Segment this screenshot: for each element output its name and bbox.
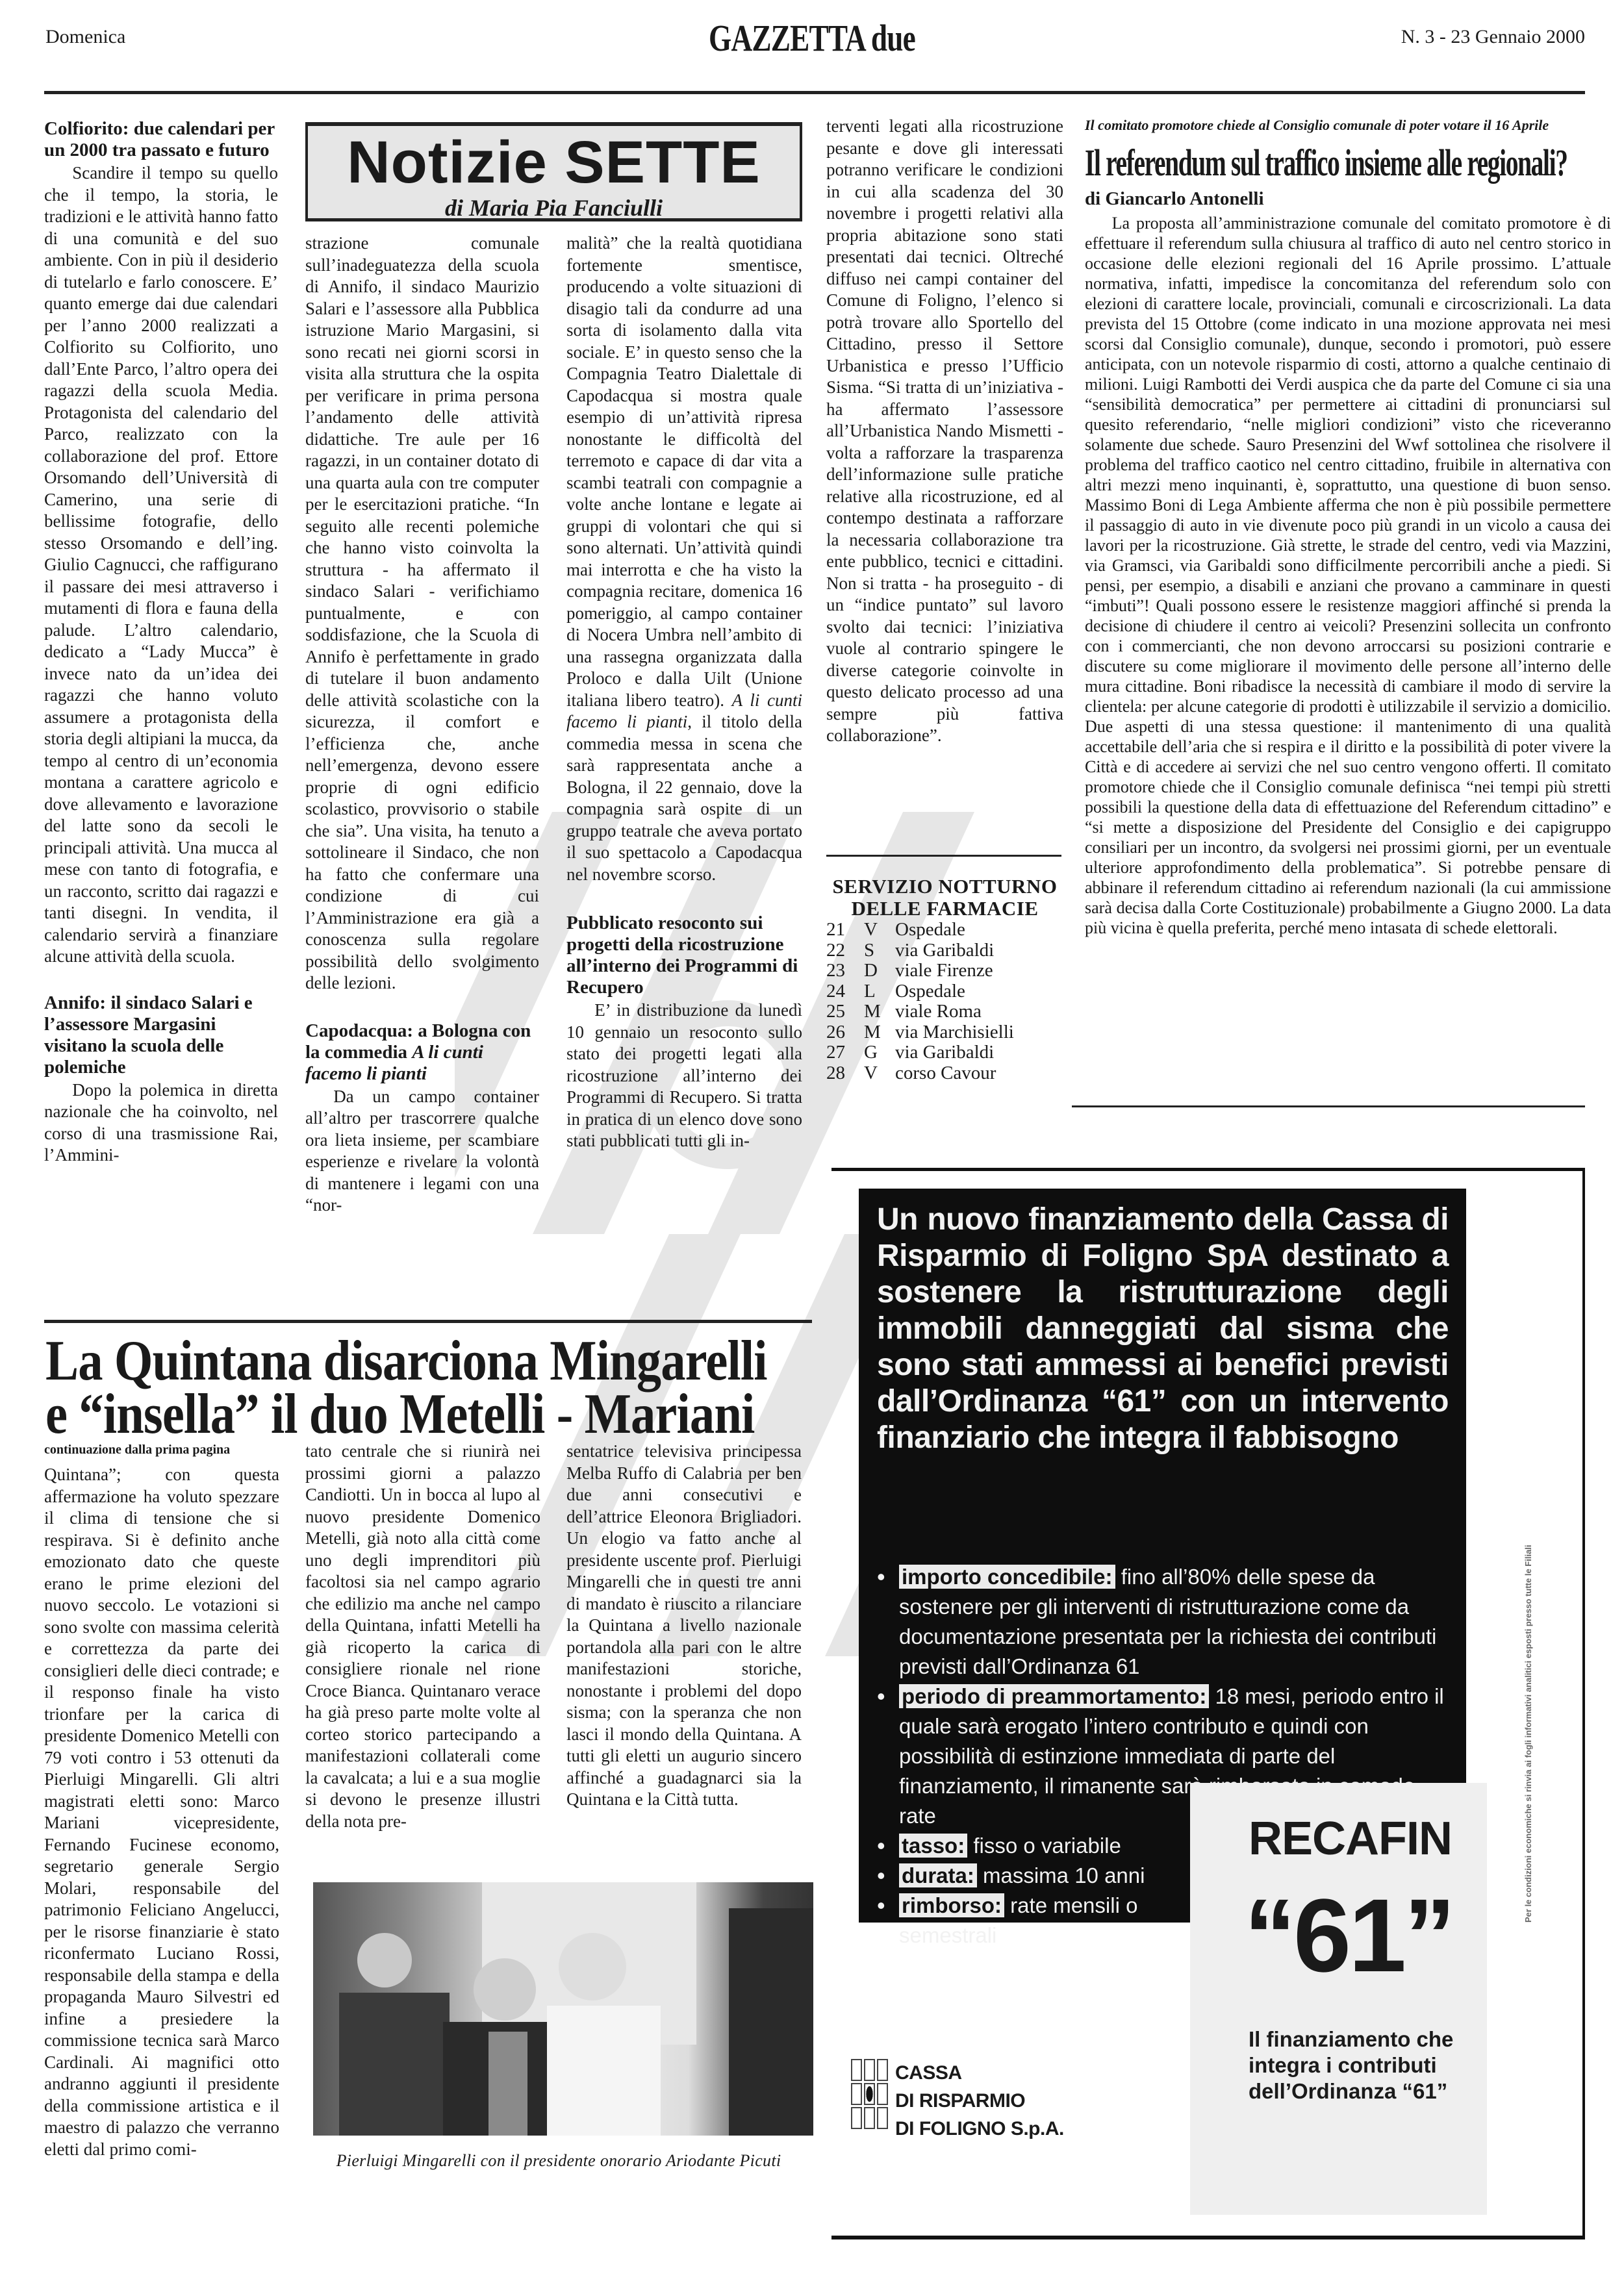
pharmacies-rule — [826, 855, 1061, 857]
referendum-body: La proposta all’amministrazione comunale… — [1085, 213, 1611, 938]
pharmacies-section: SERVIZIO NOTTURNO DELLE FARMACIE 21VOspe… — [826, 876, 1063, 1083]
column-3: malità” che la realtà quotidiana forteme… — [566, 233, 802, 1152]
referendum-kicker: Il comitato promotore chiede al Consigli… — [1085, 117, 1611, 134]
ad-product-number: “61” — [1244, 1884, 1453, 1987]
continuation-label: continuazione dalla prima pagina — [44, 1441, 279, 1459]
resoconto-body-col4: terventi legati alla ricostruzione pesan… — [826, 116, 1063, 747]
pharmacy-row: 28Vcorso Cavour — [826, 1063, 1063, 1084]
ad-bullet-rimborso: rimborso: rate mensili o semestrali — [877, 1891, 1150, 1950]
referendum-bottom-rule — [1072, 1105, 1585, 1107]
notizie-sette-author: di Maria Pia Fanciulli — [308, 195, 800, 221]
pharmacy-row: 27Gvia Garibaldi — [826, 1042, 1063, 1063]
masthead-rule — [44, 91, 1585, 94]
quintana-column-3: sentatrice televisiva principessa Melba … — [566, 1441, 802, 1811]
bank-name: CASSA DI RISPARMIO DI FOLIGNO S.p.A. — [895, 2059, 1064, 2143]
ad-bullet-importo: importo concedibile: fino all’80% delle … — [877, 1562, 1449, 1682]
ad-headline: Un nuovo finanziamento della Cassa di Ri… — [877, 1202, 1449, 1456]
referendum-headline: Il referendum sul traffico insieme alle … — [1085, 142, 1443, 184]
column-2: strazione comunale sull’inadeguatezza de… — [305, 233, 539, 1217]
annifo-body-col1: Dopo la polemica in diretta nazionale ch… — [44, 1079, 278, 1167]
pharmacies-list: 21VOspedale 22Svia Garibaldi 23Dviale Fi… — [826, 920, 1063, 1083]
quintana-headline: La Quintana disarciona Mingarelli e “ins… — [45, 1335, 713, 1441]
colfiorito-headline: Colfiorito: due calendari per un 2000 tr… — [44, 118, 278, 161]
notizie-sette-box: Notizie SETTE di Maria Pia Fanciulli — [305, 122, 802, 221]
capodacqua-body-col3: malità” che la realtà quotidiana forteme… — [566, 233, 802, 885]
quintana-column-1: continuazione dalla prima pagina Quintan… — [44, 1441, 279, 2160]
bank-logo-icon — [851, 2059, 888, 2129]
pharmacy-row: 23Dviale Firenze — [826, 961, 1063, 981]
resoconto-body-col3: E’ in distribuzione da lunedì 10 gennaio… — [566, 1000, 802, 1152]
ad-tagline: Il finanziamento che integra i contribut… — [1249, 2026, 1482, 2104]
colfiorito-body: Scandire il tempo su quello che il tempo… — [44, 162, 278, 968]
pharmacy-row: 22Svia Garibaldi — [826, 940, 1063, 961]
pharmacy-row: 26Mvia Marchisielli — [826, 1022, 1063, 1043]
quintana-body-col3: sentatrice televisiva principessa Melba … — [566, 1441, 802, 1811]
masthead-title: GAZZETTA due — [179, 16, 1445, 60]
notizie-sette-title: Notizie SETTE — [308, 130, 800, 195]
photo-caption: Pierluigi Mingarelli con il presidente o… — [305, 2151, 812, 2171]
pharmacies-title-line2: DELLE FARMACIE — [826, 898, 1063, 920]
annifo-body-col2: strazione comunale sull’inadeguatezza de… — [305, 233, 539, 994]
resoconto-headline: Pubblicato resoconto sui progetti della … — [566, 913, 802, 998]
ad-disclaimer: Per le condizioni economiche si rinvia a… — [1523, 1280, 1543, 1923]
pharmacy-row: 21VOspedale — [826, 920, 1063, 940]
capodacqua-headline: Capodacqua: a Bologna con la commedia A … — [305, 1020, 539, 1085]
people-photo-icon — [313, 1882, 813, 2136]
quintana-column-2: tato centrale che si riunirà nei prossim… — [305, 1441, 540, 1832]
capodacqua-body-col2: Da un campo container all’altro per tras… — [305, 1086, 539, 1217]
section-rule — [44, 1320, 812, 1323]
column-1: Colfiorito: due calendari per un 2000 tr… — [44, 118, 278, 1167]
column-4: terventi legati alla ricostruzione pesan… — [826, 116, 1063, 747]
referendum-byline: di Giancarlo Antonelli — [1085, 188, 1264, 210]
quintana-body-col1: Quintana”; con questa affermazione ha vo… — [44, 1464, 279, 2160]
masthead-day: Domenica — [45, 26, 125, 48]
masthead-issue: N. 3 - 23 Gennaio 2000 — [1401, 26, 1585, 48]
annifo-headline: Annifo: il sindaco Salari e l’assessore … — [44, 992, 278, 1078]
quintana-body-col2: tato centrale che si riunirà nei prossim… — [305, 1441, 540, 1832]
ad-product-name: RECAFIN — [1249, 1812, 1452, 1865]
pharmacies-title-line1: SERVIZIO NOTTURNO — [826, 876, 1063, 898]
quintana-photo — [313, 1882, 813, 2136]
pharmacy-row: 25Mviale Roma — [826, 1002, 1063, 1022]
pharmacy-row: 24LOspedale — [826, 981, 1063, 1002]
